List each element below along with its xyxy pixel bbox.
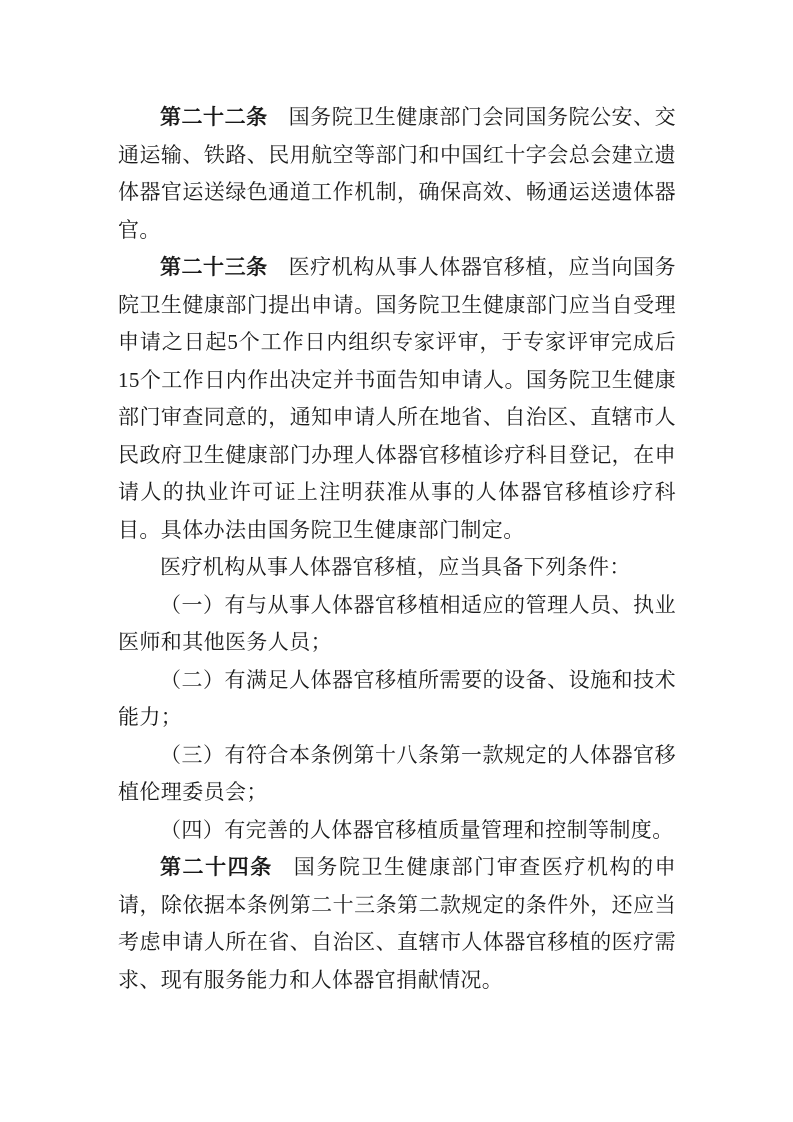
article-23-text: 医疗机构从事人体器官移植，应当向国务院卫生健康部门提出申请。国务院卫生健康部门应… bbox=[118, 255, 676, 542]
article-22-number: 第二十二条 bbox=[160, 105, 268, 129]
document-page: 第二十二条国务院卫生健康部门会同国务院公安、交通运输、铁路、民用航空等部门和中国… bbox=[0, 0, 793, 1122]
condition-item-2: （二）有满足人体器官移植所需要的设备、设施和技术能力； bbox=[118, 662, 676, 737]
condition-item-3-text: （三）有符合本条例第十八条第一款规定的人体器官移植伦理委员会； bbox=[118, 743, 676, 805]
condition-item-3: （三）有符合本条例第十八条第一款规定的人体器官移植伦理委员会； bbox=[118, 737, 676, 812]
condition-item-1-text: （一）有与从事人体器官移植相适应的管理人员、执业医师和其他医务人员； bbox=[118, 593, 676, 655]
article-23-paragraph-1: 第二十三条医疗机构从事人体器官移植，应当向国务院卫生健康部门提出申请。国务院卫生… bbox=[118, 249, 676, 549]
article-24-number: 第二十四条 bbox=[160, 855, 273, 879]
condition-item-4-text: （四）有完善的人体器官移植质量管理和控制等制度。 bbox=[160, 818, 674, 842]
article-23-number: 第二十三条 bbox=[160, 255, 268, 279]
article-22-paragraph: 第二十二条国务院卫生健康部门会同国务院公安、交通运输、铁路、民用航空等部门和中国… bbox=[118, 99, 676, 249]
article-23-conditions-intro: 医疗机构从事人体器官移植，应当具备下列条件： bbox=[160, 555, 631, 579]
document-body: 第二十二条国务院卫生健康部门会同国务院公安、交通运输、铁路、民用航空等部门和中国… bbox=[118, 99, 676, 999]
condition-item-1: （一）有与从事人体器官移植相适应的管理人员、执业医师和其他医务人员； bbox=[118, 587, 676, 662]
condition-item-2-text: （二）有满足人体器官移植所需要的设备、设施和技术能力； bbox=[118, 668, 676, 730]
article-23-paragraph-2: 医疗机构从事人体器官移植，应当具备下列条件： bbox=[118, 549, 676, 587]
condition-item-4: （四）有完善的人体器官移植质量管理和控制等制度。 bbox=[118, 812, 676, 850]
article-24-paragraph: 第二十四条国务院卫生健康部门审查医疗机构的申请，除依据本条例第二十三条第二款规定… bbox=[118, 849, 676, 999]
